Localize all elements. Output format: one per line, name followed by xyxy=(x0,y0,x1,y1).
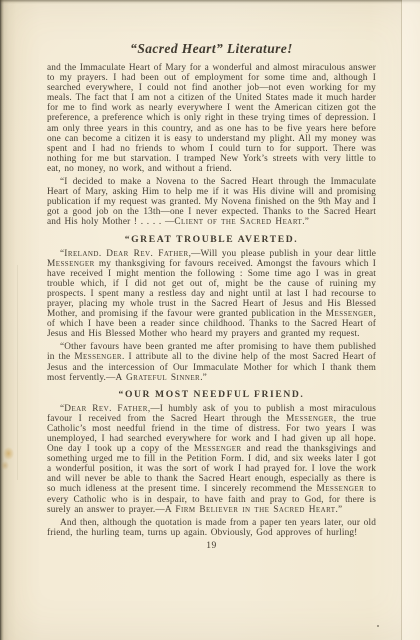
page-right-edge-line xyxy=(401,0,402,640)
small-caps-text: Client of the Sacred Heart xyxy=(174,217,302,227)
paragraph-employment-letter: and the Immaculate Heart of Mary for a w… xyxy=(47,63,376,174)
page-content: “Sacred Heart” Literature! and the Immac… xyxy=(47,0,376,551)
small-caps-text: Dear Rev. Father xyxy=(64,404,148,414)
paper-crease xyxy=(17,265,18,480)
small-caps-text: Messenger xyxy=(74,352,122,362)
paragraph-novena-letter: “I decided to make a Novena to the Sacre… xyxy=(47,177,376,227)
paragraph-needful-friend-letter: “Dear Rev. Father,—I humbly ask of you t… xyxy=(47,404,376,515)
paragraph-ireland-letter: “Ireland. Dear Rev. Father,—Will you ple… xyxy=(47,249,376,340)
paragraph-author-commentary: And then, although the quotation is made… xyxy=(47,518,376,538)
small-caps-text: A Firm Believer in the Sacred Heart xyxy=(165,505,336,515)
small-caps-text: Dear Rev. Father xyxy=(106,249,188,259)
paragraph-other-favours: “Other favours have been granted me afte… xyxy=(47,342,376,382)
small-caps-text: Messenger xyxy=(316,484,364,494)
page-right-edge xyxy=(402,0,420,640)
small-caps-text: Ireland. xyxy=(64,249,101,259)
scanned-book-page: “Sacred Heart” Literature! and the Immac… xyxy=(0,0,420,640)
small-caps-text: Messenger xyxy=(194,444,242,454)
small-caps-text: A Grateful Sinner xyxy=(115,373,200,383)
paper-stain xyxy=(3,447,14,460)
section-heading-our-most-needful-friend: “OUR MOST NEEDFUL FRIEND. xyxy=(47,389,376,400)
page-binding-edge xyxy=(0,0,16,640)
small-caps-text: Messenger xyxy=(326,309,374,319)
section-heading-great-trouble-averted: “GREAT TROUBLE AVERTED. xyxy=(47,234,376,245)
small-caps-text: Messenger xyxy=(47,259,95,269)
page-number: 19 xyxy=(47,541,376,551)
page-title: “Sacred Heart” Literature! xyxy=(47,41,376,57)
paper-speck xyxy=(377,625,379,627)
paper-stain xyxy=(1,461,9,470)
small-caps-text: Messenger xyxy=(286,414,334,424)
